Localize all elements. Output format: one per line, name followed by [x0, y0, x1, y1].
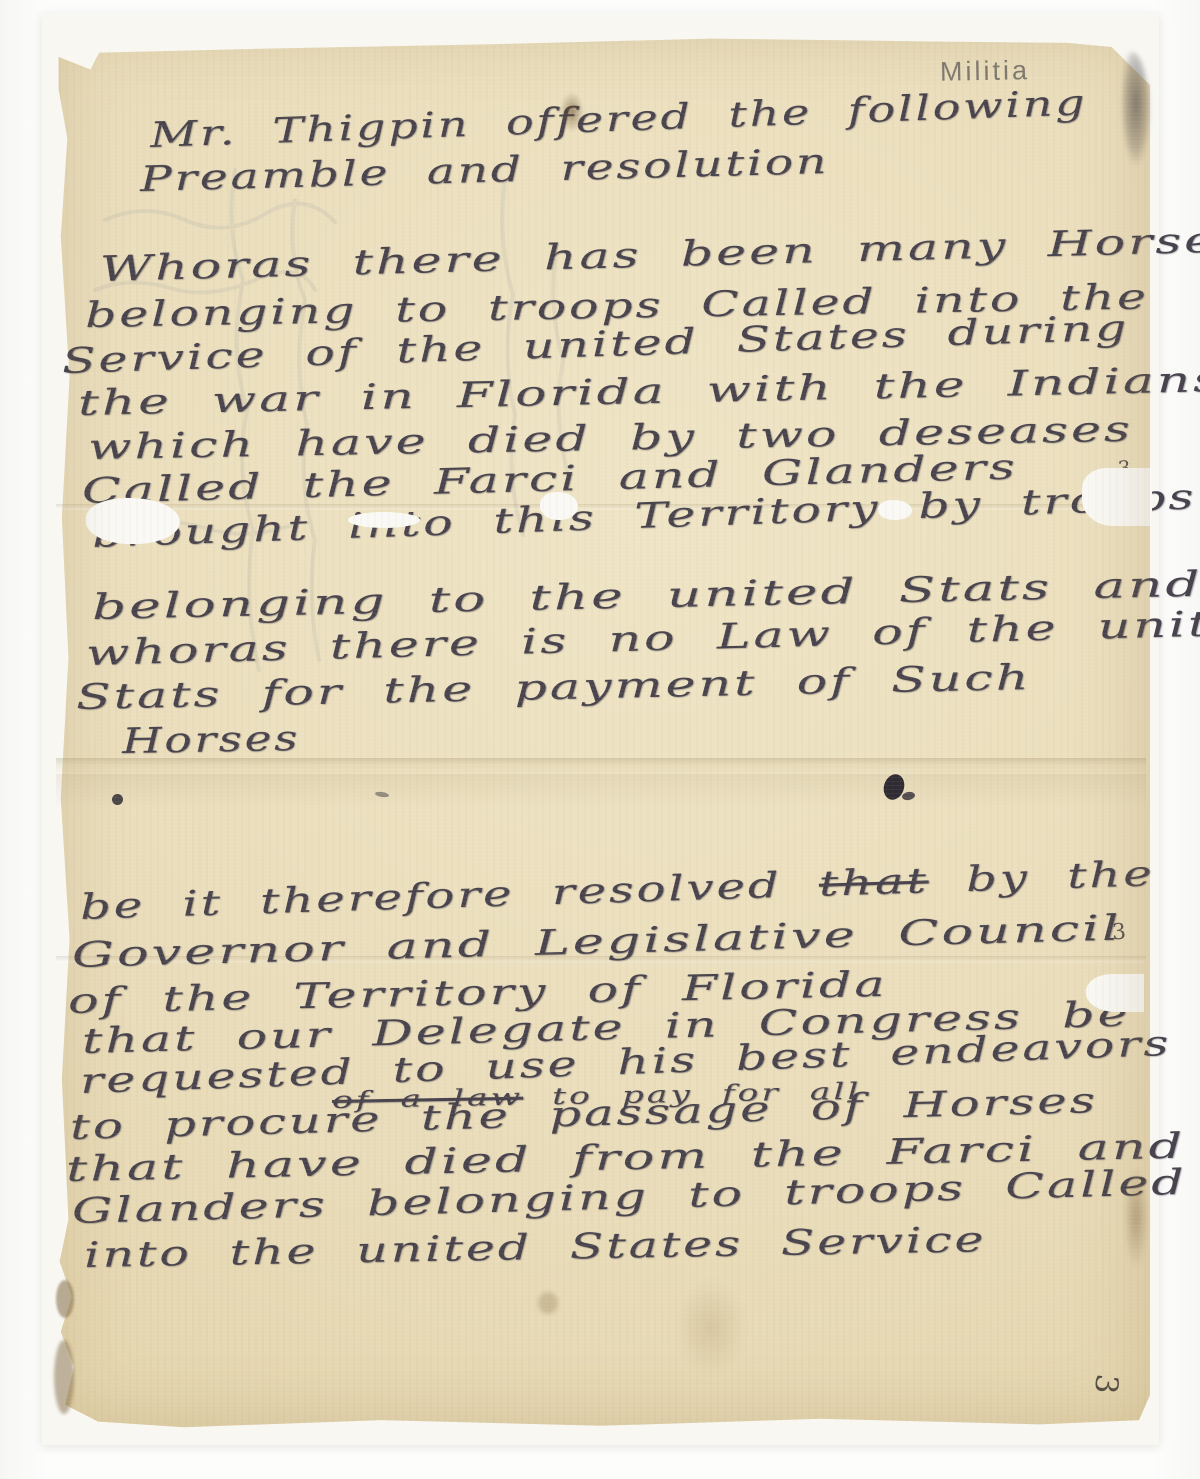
margin-mark-3-lower: 3 — [1111, 920, 1127, 946]
resolution-text: by the — [928, 854, 1155, 901]
ink-dot — [112, 794, 123, 805]
tear-patch — [1086, 974, 1144, 1012]
archive-label-militia: Militia — [940, 55, 1031, 88]
tear-patch — [348, 512, 420, 528]
tear-patch — [86, 498, 180, 544]
page-number: 3 — [1087, 1372, 1125, 1395]
manuscript-line: Horses — [122, 719, 301, 762]
tear-patch — [1082, 468, 1152, 526]
scanned-manuscript-page: Militia Mr. Thigpin offered the followin… — [0, 0, 1200, 1479]
struck-word: that — [818, 861, 929, 904]
tear-patch — [540, 492, 578, 520]
tear-patch — [878, 500, 912, 520]
